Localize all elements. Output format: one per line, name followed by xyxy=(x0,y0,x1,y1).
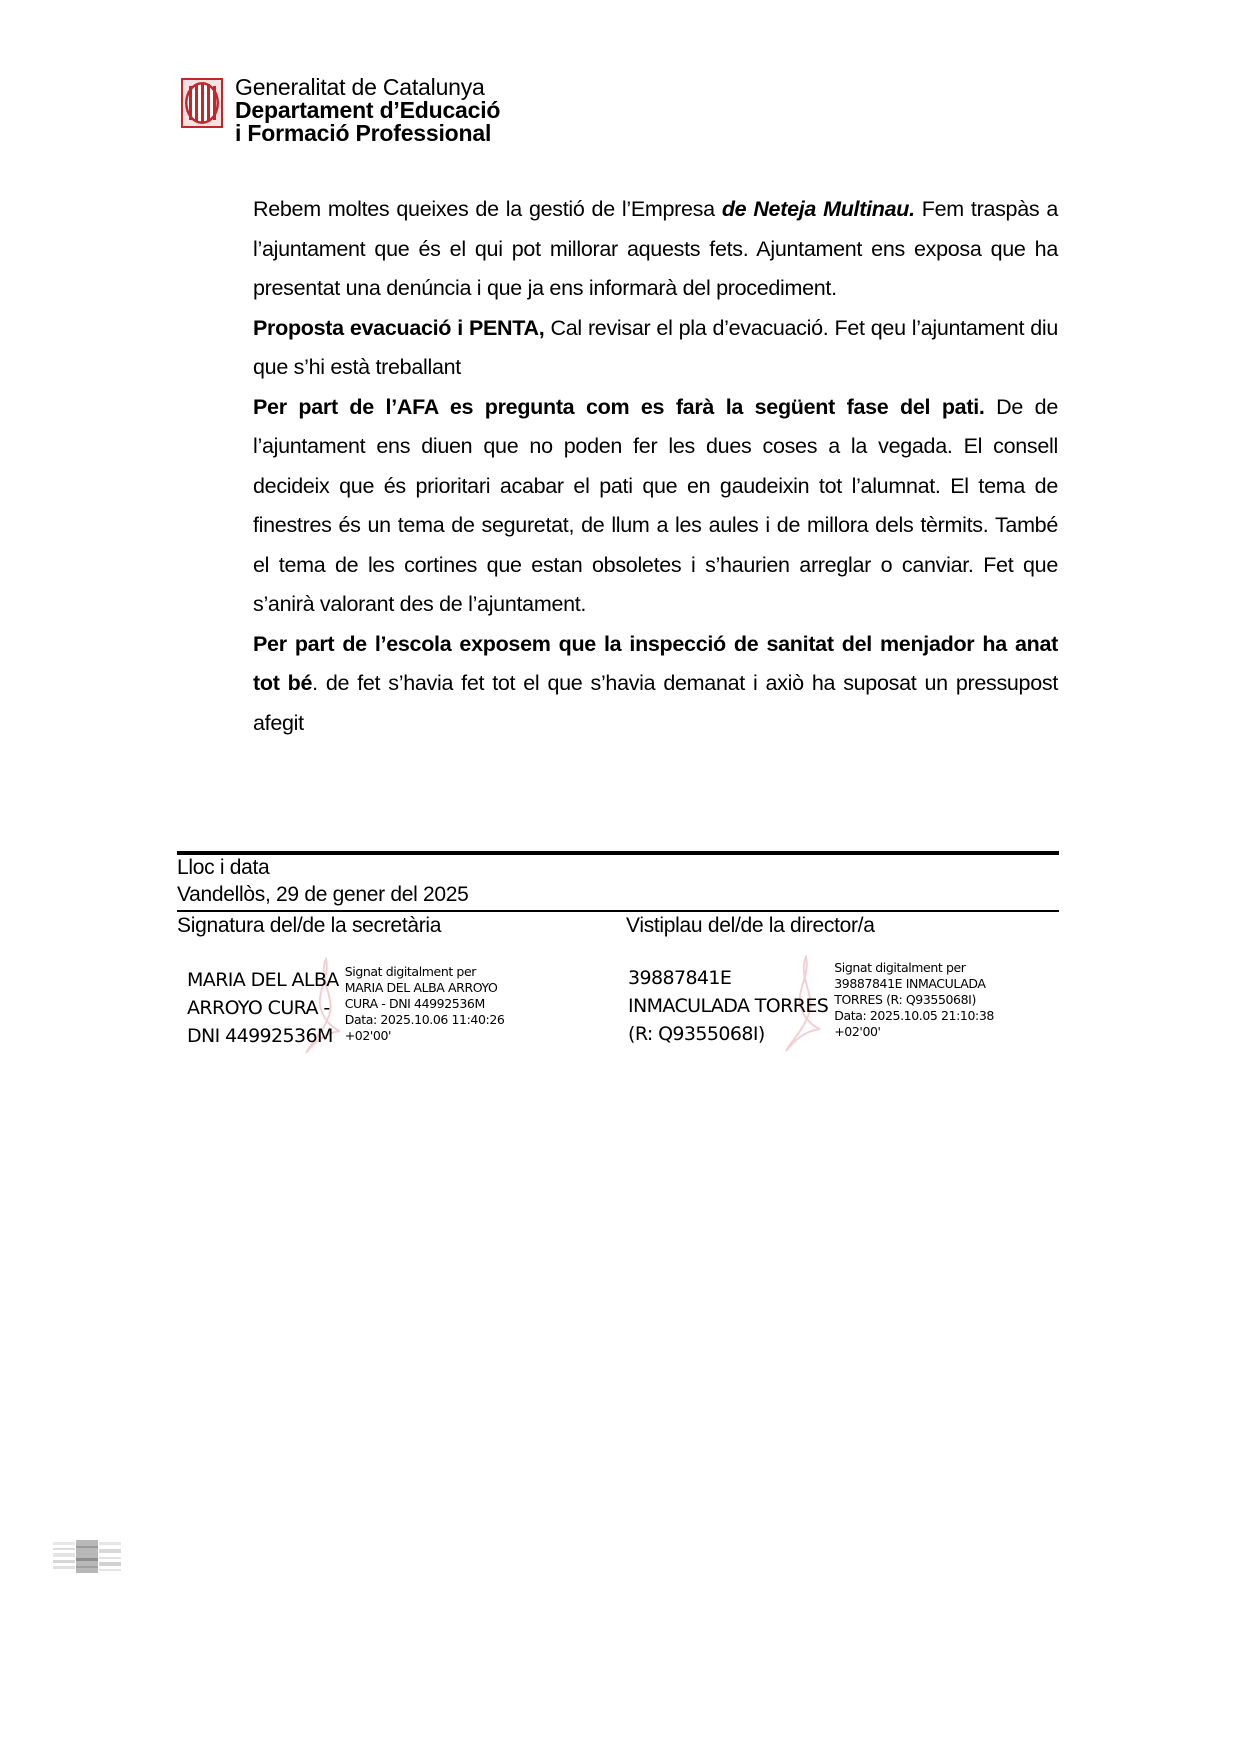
signature-details: Signat digitalment per MARIA DEL ALBA AR… xyxy=(345,964,505,1044)
paragraph-afa-playground: Per part de l’AFA es pregunta com es far… xyxy=(253,388,1058,625)
document-code-mark-icon xyxy=(53,1540,121,1573)
place-date-label: Lloc i data xyxy=(177,856,269,880)
divider-thin xyxy=(177,910,1059,912)
signer-name: 39887841E INMACULADA TORRES (R: Q9355068… xyxy=(628,964,828,1048)
director-approval-label: Vistiplau del/de la director/a xyxy=(626,914,875,938)
paragraph-canteen-inspection: Per part de l’escola exposem que la insp… xyxy=(253,625,1058,744)
logo-generalitat: Generalitat de Catalunya xyxy=(235,76,500,99)
signature-details: Signat digitalment per 39887841E INMACUL… xyxy=(834,960,994,1040)
secretary-signature-label: Signatura del/de la secretària xyxy=(177,914,441,938)
paragraph-cleaning-company: Rebem moltes queixes de la gestió de l’E… xyxy=(253,190,1058,309)
logo-department-line2: i Formació Professional xyxy=(235,122,500,145)
paragraph-evacuation: Proposta evacuació i PENTA, Cal revisar … xyxy=(253,309,1058,388)
generalitat-emblem-icon xyxy=(181,78,223,128)
place-date-value: Vandellòs, 29 de gener del 2025 xyxy=(177,883,469,907)
generalitat-logo: Generalitat de Catalunya Departament d’E… xyxy=(181,76,500,145)
director-digital-signature[interactable]: 39887841E INMACULADA TORRES (R: Q9355068… xyxy=(628,964,994,1048)
minutes-body: Rebem moltes queixes de la gestió de l’E… xyxy=(253,190,1058,743)
secretary-digital-signature[interactable]: MARIA DEL ALBA ARROYO CURA - DNI 4499253… xyxy=(187,966,504,1050)
company-name: de Neteja Multinau. xyxy=(722,197,915,221)
signer-name: MARIA DEL ALBA ARROYO CURA - DNI 4499253… xyxy=(187,966,339,1050)
logo-department-line1: Departament d’Educació xyxy=(235,99,500,122)
evacuation-heading: Proposta evacuació i PENTA, xyxy=(253,316,544,340)
afa-heading: Per part de l’AFA es pregunta com es far… xyxy=(253,395,985,419)
divider-thick xyxy=(177,851,1059,855)
